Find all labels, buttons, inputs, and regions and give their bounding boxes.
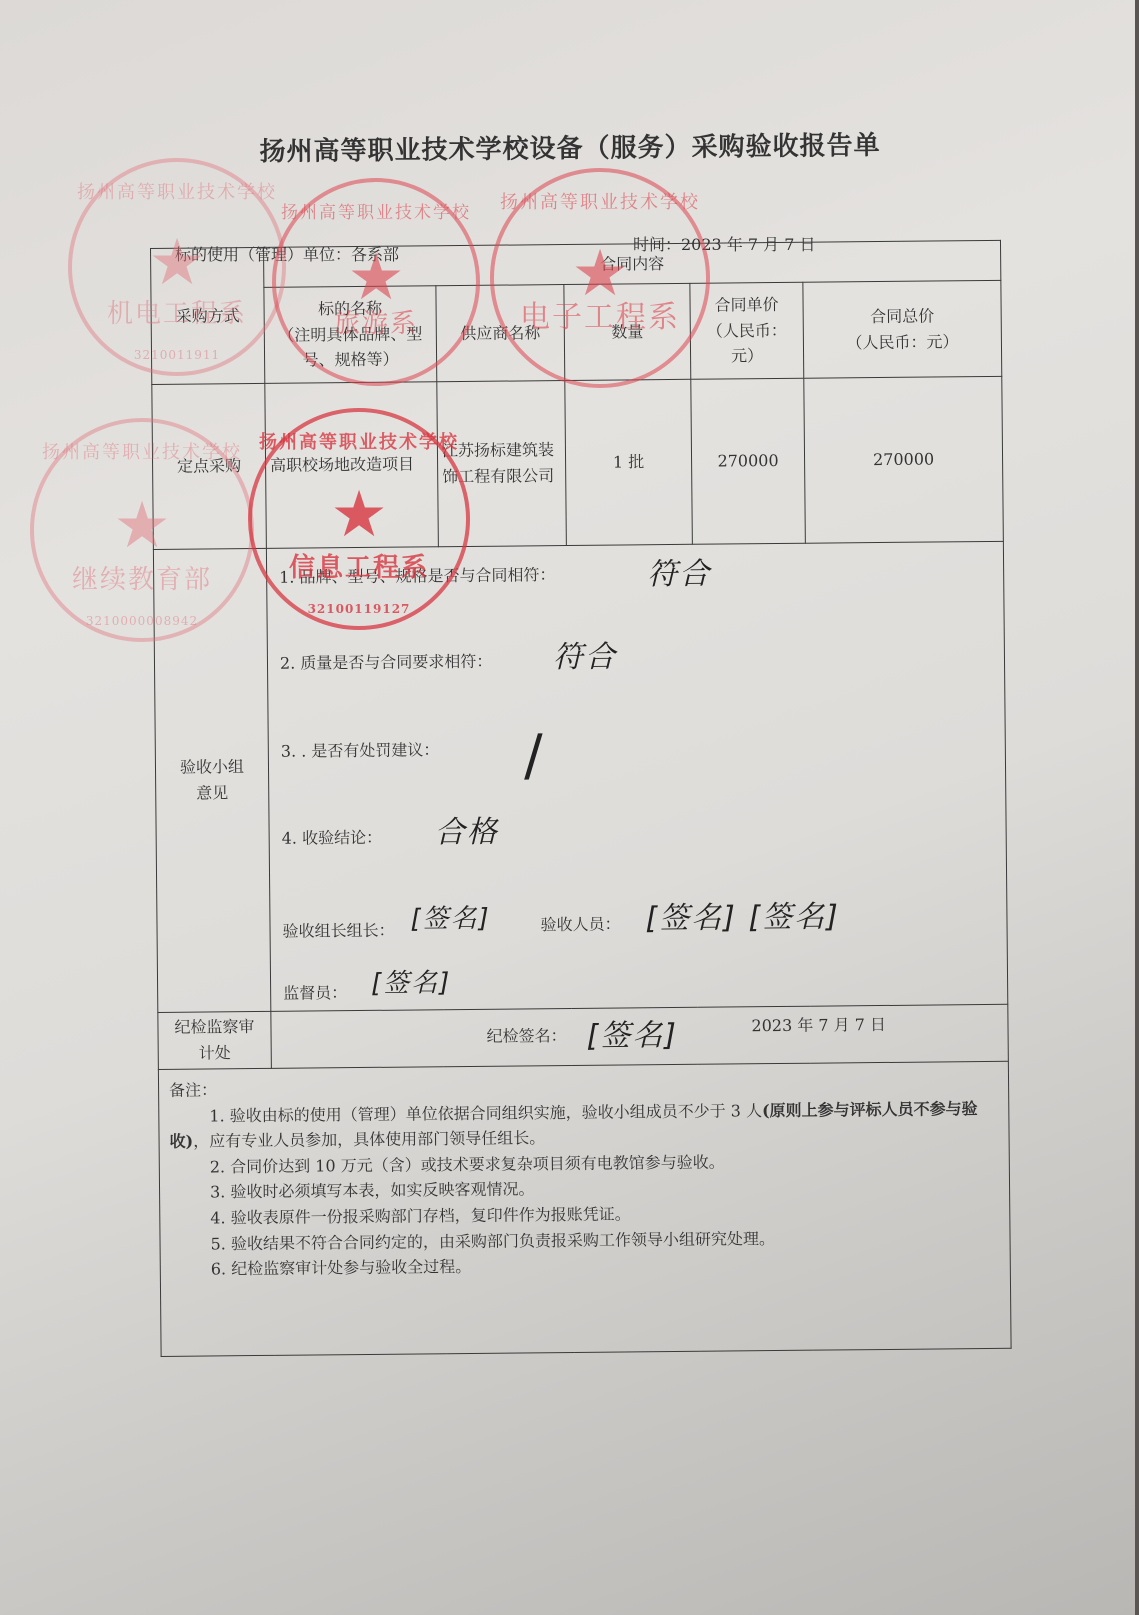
discipline-signature: [签名] [586,1012,678,1061]
discipline-sign-label: 纪检签名： [486,1023,566,1049]
acceptance-label: 验收小组意见 [153,548,270,1012]
header-supplier: 供应商名称 [436,285,565,382]
question-4: 4. 收验结论： [282,825,383,852]
cell-total-price: 270000 [804,376,1004,543]
leader-signature: [签名] [410,899,491,941]
paper-edge [1135,0,1139,1615]
answer-4-handwritten: 合格 [434,809,498,858]
members-signature: [签名] [签名] [645,893,840,943]
note-1: 1. 验收由标的使用（管理）单位依据合同组织实施，验收小组成员不少于 3 人(原… [169,1095,999,1154]
header-contract-content: 合同内容 [263,240,1000,287]
stamp-arc-text: 扬州高等职业技术学校 [72,178,282,204]
notes: 备注： 1. 验收由标的使用（管理）单位依据合同组织实施，验收小组成员不少于 3… [158,1061,1011,1356]
leader-label: 验收组长组长： [282,918,394,945]
acceptance-form: 采购方式 合同内容 标的名称 （注明具体品牌、型号、规格等） 供应商名称 数量 … [150,240,1011,1357]
acceptance-opinion: 1. 品牌、型号、规格是否与合同相符： 符合 2. 质量是否与合同要求相符： 符… [266,541,1007,1011]
discipline-sign-cell: 纪检签名： [签名] 2023 年 7 月 7 日 [271,1004,1009,1068]
header-unit-price: 合同单价 （人民币：元） [690,282,804,379]
header-total-price-note: （人民币：元） [808,328,997,355]
form-table: 采购方式 合同内容 标的名称 （注明具体品牌、型号、规格等） 供应商名称 数量 … [150,240,1012,1357]
header-item-name: 标的名称 （注明具体品牌、型号、规格等） [264,286,437,384]
table-row: 定点采购 高职校场地改造项目 江苏扬标建筑装饰工程有限公司 1 批 270000… [152,376,1004,549]
header-total-price-text: 合同总价 [808,303,997,330]
header-total-price: 合同总价 （人民币：元） [803,280,1002,378]
stamp-arc-text: 扬州高等职业技术学校 [276,198,476,223]
cell-quantity: 1 批 [565,379,693,545]
cell-unit-price: 270000 [691,378,806,544]
note-1-text: 1. 验收由标的使用（管理）单位依据合同组织实施，验收小组成员不少于 3 人 [209,1101,762,1125]
document-title: 扬州高等职业技术学校设备（服务）采购验收报告单 [190,124,950,169]
question-3: 3. . 是否有处罚建议： [281,737,440,764]
question-1: 1. 品牌、型号、规格是否与合同相符： [279,562,556,590]
header-method: 采购方式 [151,247,265,384]
answer-3-handwritten: / [523,711,545,801]
document-page: 扬州高等职业技术学校设备（服务）采购验收报告单 标的使用（管理）单位：各系部 时… [0,0,1139,1615]
members-label: 验收人员： [540,912,620,938]
discipline-label: 纪检监察审计处 [158,1011,272,1069]
cell-item-name: 高职校场地改造项目 [265,382,439,549]
header-unit-price-note: （人民币：元） [695,317,799,369]
answer-1-handwritten: 符合 [647,551,711,600]
question-2: 2. 质量是否与合同要求相符： [280,649,493,677]
header-item-name-note: （注明具体品牌、型号、规格等） [269,321,432,374]
cell-method: 定点采购 [152,383,267,549]
supervisor-signature: [签名] [371,963,452,1005]
header-quantity: 数量 [564,283,691,380]
header-item-name-text: 标的名称 [268,295,431,322]
answer-2-handwritten: 符合 [553,634,617,683]
supervisor-label: 监督员： [283,980,347,1006]
note-1-tail: ，应有专业人员参加，具体使用部门领导任组长。 [193,1128,545,1150]
header-unit-price-text: 合同单价 [694,292,798,319]
cell-supplier: 江苏扬标建筑装饰工程有限公司 [437,381,567,547]
discipline-sign-date: 2023 年 7 月 7 日 [751,1012,886,1039]
stamp-arc-text: 扬州高等职业技术学校 [494,188,706,214]
